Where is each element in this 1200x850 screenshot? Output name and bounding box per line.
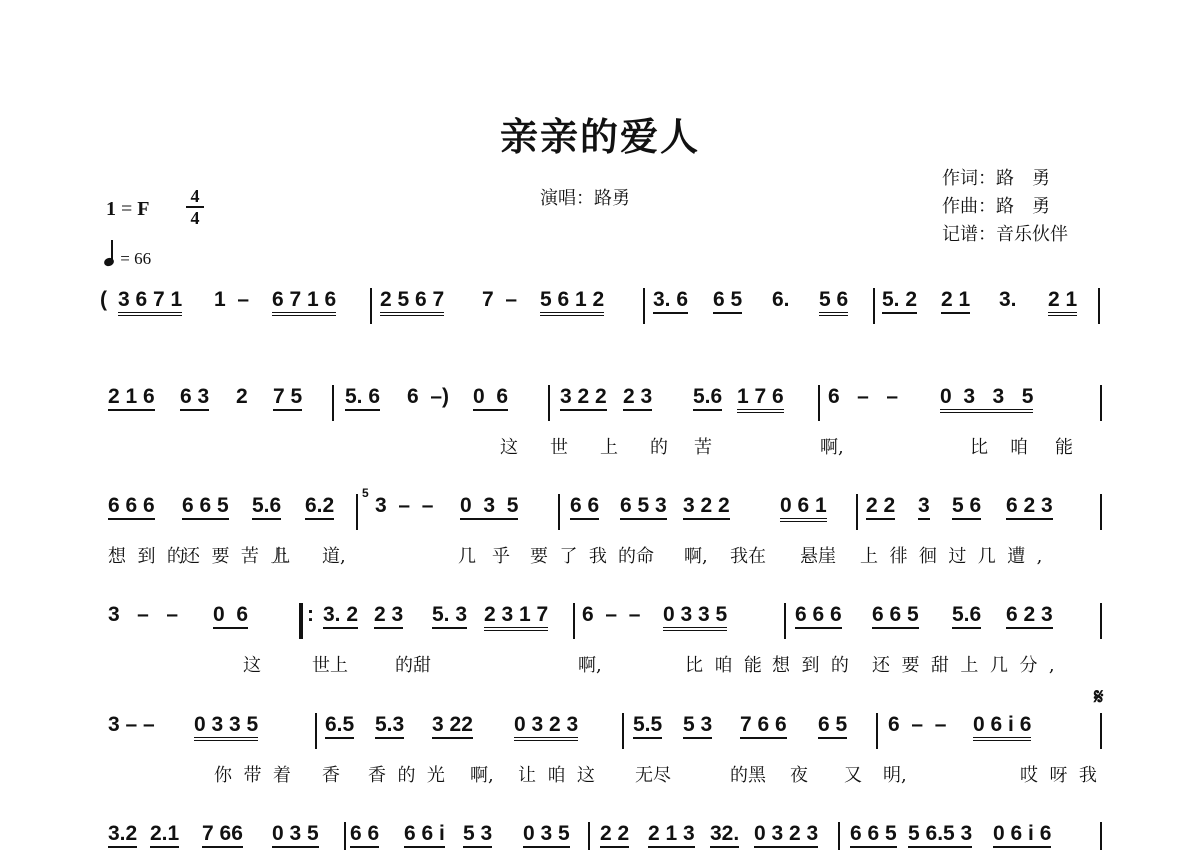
note-group: 6 3 xyxy=(180,385,209,411)
note-group: 2 3 xyxy=(374,603,403,629)
note-group: 5 6 1 2 xyxy=(540,288,604,316)
bar-line xyxy=(1100,385,1102,421)
note-group: 6 6 xyxy=(350,822,379,848)
bar-line xyxy=(1100,494,1102,530)
lyric-text: 几 xyxy=(458,542,476,568)
lyric-text: 乎 xyxy=(492,542,510,568)
note-group: 2 5 6 7 xyxy=(380,288,444,316)
note-group: 3 xyxy=(918,494,930,520)
lyric-text: 比 咱 能 xyxy=(685,651,762,677)
note-group: 3 – – xyxy=(108,603,178,627)
note-group: 2 1 xyxy=(941,288,970,314)
lyric-text: 能 xyxy=(1055,433,1073,459)
lyric-text: 啊, xyxy=(820,433,844,459)
key-equals: = xyxy=(121,198,132,220)
note-group: 6 6 6 xyxy=(108,494,155,520)
lyric-text: 的命 xyxy=(618,542,654,568)
note-group: 0 3 5 xyxy=(523,822,570,848)
lyric-text: 夜 xyxy=(790,761,808,787)
lyric-text: 啊, xyxy=(470,761,494,787)
note-group: 2 xyxy=(236,385,248,409)
time-signature: 4 4 xyxy=(186,186,204,228)
lyric-text: 你 带 着 xyxy=(214,761,291,787)
bar-line xyxy=(548,385,550,421)
note-group: 32. xyxy=(710,822,739,848)
note-group: 6 7 1 6 xyxy=(272,288,336,316)
segno-icon: 𝄋 xyxy=(1094,684,1103,710)
lyric-text: 还 要 甜 上 xyxy=(872,651,978,677)
bar-line xyxy=(1100,713,1102,749)
quarter-note-icon xyxy=(103,257,115,268)
bar-line xyxy=(873,288,875,324)
bar-line xyxy=(622,713,624,749)
note-group: 5.6 xyxy=(952,603,981,629)
bar-line xyxy=(332,385,334,421)
note-group: 6.2 xyxy=(305,494,334,520)
note-group: 6 2 3 xyxy=(1006,494,1053,520)
lyric-text: 啊, xyxy=(684,542,708,568)
note-group: 6 6 xyxy=(570,494,599,520)
note-group: 3.2 xyxy=(108,822,137,848)
bar-line xyxy=(370,288,372,324)
note-group: 0 3 5 xyxy=(272,822,319,848)
lyric-text: 让 咱 这 xyxy=(518,761,595,787)
note-group: 1 – xyxy=(214,288,249,312)
note-group: 0 6 i 6 xyxy=(973,713,1031,741)
credits-block: 作词：路 勇 作曲：路 勇 记谱：音乐伙伴 xyxy=(942,165,1068,249)
composer-credit: 作曲：路 勇 xyxy=(942,193,1068,221)
lyric-text: 又 xyxy=(844,761,862,787)
lyric-text: 的甜 xyxy=(395,651,431,677)
note-group: 6 5 3 xyxy=(620,494,667,520)
note-group: 5.6 xyxy=(693,385,722,411)
lyric-text: 的 xyxy=(650,433,668,459)
note-group: 5.3 xyxy=(375,713,404,739)
repeat-start-sign xyxy=(299,603,303,639)
grace-note: 5 xyxy=(362,486,369,500)
note-group: 1 7 6 xyxy=(737,385,784,413)
note-group: 7 6 6 xyxy=(740,713,787,739)
note-group: 0 6 xyxy=(473,385,508,411)
note-group: 2 2 xyxy=(866,494,895,520)
note-group: 6 5 xyxy=(713,288,742,314)
note-group: 6 6 5 xyxy=(850,822,897,848)
key-tonic: 1 xyxy=(106,198,116,220)
lyric-text: 要 了 我 xyxy=(530,542,607,568)
lyric-text: 上 徘 徊 过 几 遭 , xyxy=(860,542,1042,568)
note-group: 2.1 xyxy=(150,822,179,848)
bar-line xyxy=(643,288,645,324)
note-group: 2 3 1 7 xyxy=(484,603,548,631)
note-group: 2 1 6 xyxy=(108,385,155,411)
note-group: 0 3 3 5 xyxy=(194,713,258,741)
note-group: 5 3 xyxy=(463,822,492,848)
tempo-marking: = 66 xyxy=(104,244,151,269)
note-group: ( xyxy=(100,288,107,312)
bar-line xyxy=(315,713,317,749)
lyric-text: 苦 xyxy=(694,433,712,459)
singer-credit: 演唱：路勇 xyxy=(540,184,630,210)
lyric-text: 几 xyxy=(272,542,290,568)
lyric-text: 上 xyxy=(600,433,618,459)
note-group: 5 6 xyxy=(819,288,848,316)
note-group: 5 6.5 3 xyxy=(908,822,972,848)
key-note: F xyxy=(137,198,149,220)
key-signature: 1 = F xyxy=(106,198,150,221)
lyric-text: 啊, xyxy=(578,651,602,677)
note-group: 0 6 xyxy=(213,603,248,629)
bar-line xyxy=(818,385,820,421)
note-group: 3. 2 xyxy=(323,603,358,629)
note-group: 3 2 2 xyxy=(560,385,607,411)
note-group: 6 5 xyxy=(818,713,847,739)
lyric-text: 的黑 xyxy=(730,761,766,787)
lyric-text: 咱 xyxy=(1010,433,1028,459)
note-group: 3. 6 xyxy=(653,288,688,314)
note-group: 6.5 xyxy=(325,713,354,739)
note-group: 6 6 6 xyxy=(795,603,842,629)
note-group: 5. 3 xyxy=(432,603,467,629)
note-group: 6 6 5 xyxy=(872,603,919,629)
bar-line xyxy=(588,822,590,850)
lyric-text: 几 分 , xyxy=(990,651,1055,677)
bar-line xyxy=(856,494,858,530)
note-group: 2 1 3 xyxy=(648,822,695,848)
lyric-text: 香 xyxy=(322,761,340,787)
lyric-text: 比 xyxy=(970,433,988,459)
bar-line xyxy=(344,822,346,850)
note-group: 3 – – xyxy=(375,494,433,518)
note-group: 7 5 xyxy=(273,385,302,411)
note-group: 0 3 2 3 xyxy=(754,822,818,848)
note-group: 6 –) xyxy=(407,385,449,409)
tempo-value: = 66 xyxy=(120,249,151,268)
note-group: 5.5 xyxy=(633,713,662,739)
quarter-note-stem xyxy=(111,240,113,260)
note-group: 2 1 xyxy=(1048,288,1077,316)
note-group: 3 22 xyxy=(432,713,473,739)
note-group: 5.6 xyxy=(252,494,281,520)
bar-line xyxy=(784,603,786,639)
note-group: 3 2 2 xyxy=(683,494,730,520)
note-group: 6 – – xyxy=(888,713,946,737)
note-group: 6 6 i xyxy=(404,822,445,848)
note-group: 2 3 xyxy=(623,385,652,411)
bar-line xyxy=(573,603,575,639)
note-group: 2 2 xyxy=(600,822,629,848)
lyric-text: 明, xyxy=(883,761,907,787)
note-group: 7 – xyxy=(482,288,517,312)
note-group: 3 – – xyxy=(108,713,155,737)
repeat-dots: : xyxy=(307,603,314,627)
lyric-text: 这 xyxy=(243,651,261,677)
lyric-text: 想 到 的 xyxy=(772,651,849,677)
note-group: 0 3 2 3 xyxy=(514,713,578,741)
note-group: 0 3 3 5 xyxy=(663,603,727,631)
lyric-text: 道, xyxy=(322,542,346,568)
lyric-text: 无尽 xyxy=(635,761,671,787)
note-group: 0 3 5 xyxy=(460,494,518,520)
transcriber-credit: 记谱：音乐伙伴 xyxy=(942,221,1068,249)
note-group: 5. 6 xyxy=(345,385,380,411)
note-group: 6 – – xyxy=(828,385,898,409)
note-group: 5 6 xyxy=(952,494,981,520)
note-group: 0 6 1 xyxy=(780,494,827,522)
note-group: 5. 2 xyxy=(882,288,917,314)
note-group: 7 66 xyxy=(202,822,243,848)
note-group: 0 6 i 6 xyxy=(993,822,1051,848)
meter-top: 4 xyxy=(186,186,204,206)
note-group: 0 3 3 5 xyxy=(940,385,1033,413)
note-group: 3. xyxy=(999,288,1017,312)
note-group: 6 – – xyxy=(582,603,640,627)
note-group: 3 6 7 1 xyxy=(118,288,182,316)
note-group: 6 6 5 xyxy=(182,494,229,520)
bar-line xyxy=(1100,822,1102,850)
lyric-text: 哎 呀 我 xyxy=(1020,761,1097,787)
note-group: 5 3 xyxy=(683,713,712,739)
lyricist-credit: 作词：路 勇 xyxy=(942,165,1068,193)
bar-line xyxy=(356,494,358,530)
lyric-text: 这 xyxy=(500,433,518,459)
note-group: 6. xyxy=(772,288,790,312)
note-group: 6 2 3 xyxy=(1006,603,1053,629)
bar-line xyxy=(876,713,878,749)
lyric-text: 世上 xyxy=(312,651,348,677)
lyric-text: 我在 xyxy=(730,542,766,568)
bar-line xyxy=(1100,603,1102,639)
song-title: 亲亲的爱人 xyxy=(0,106,1200,161)
meter-bottom: 4 xyxy=(186,208,204,228)
lyric-text: 悬崖 xyxy=(800,542,836,568)
bar-line xyxy=(558,494,560,530)
bar-line xyxy=(1098,288,1100,324)
lyric-text: 想 到 的 xyxy=(108,542,185,568)
lyric-text: 香 的 光 xyxy=(368,761,445,787)
bar-line xyxy=(838,822,840,850)
lyric-text: 世 xyxy=(550,433,568,459)
